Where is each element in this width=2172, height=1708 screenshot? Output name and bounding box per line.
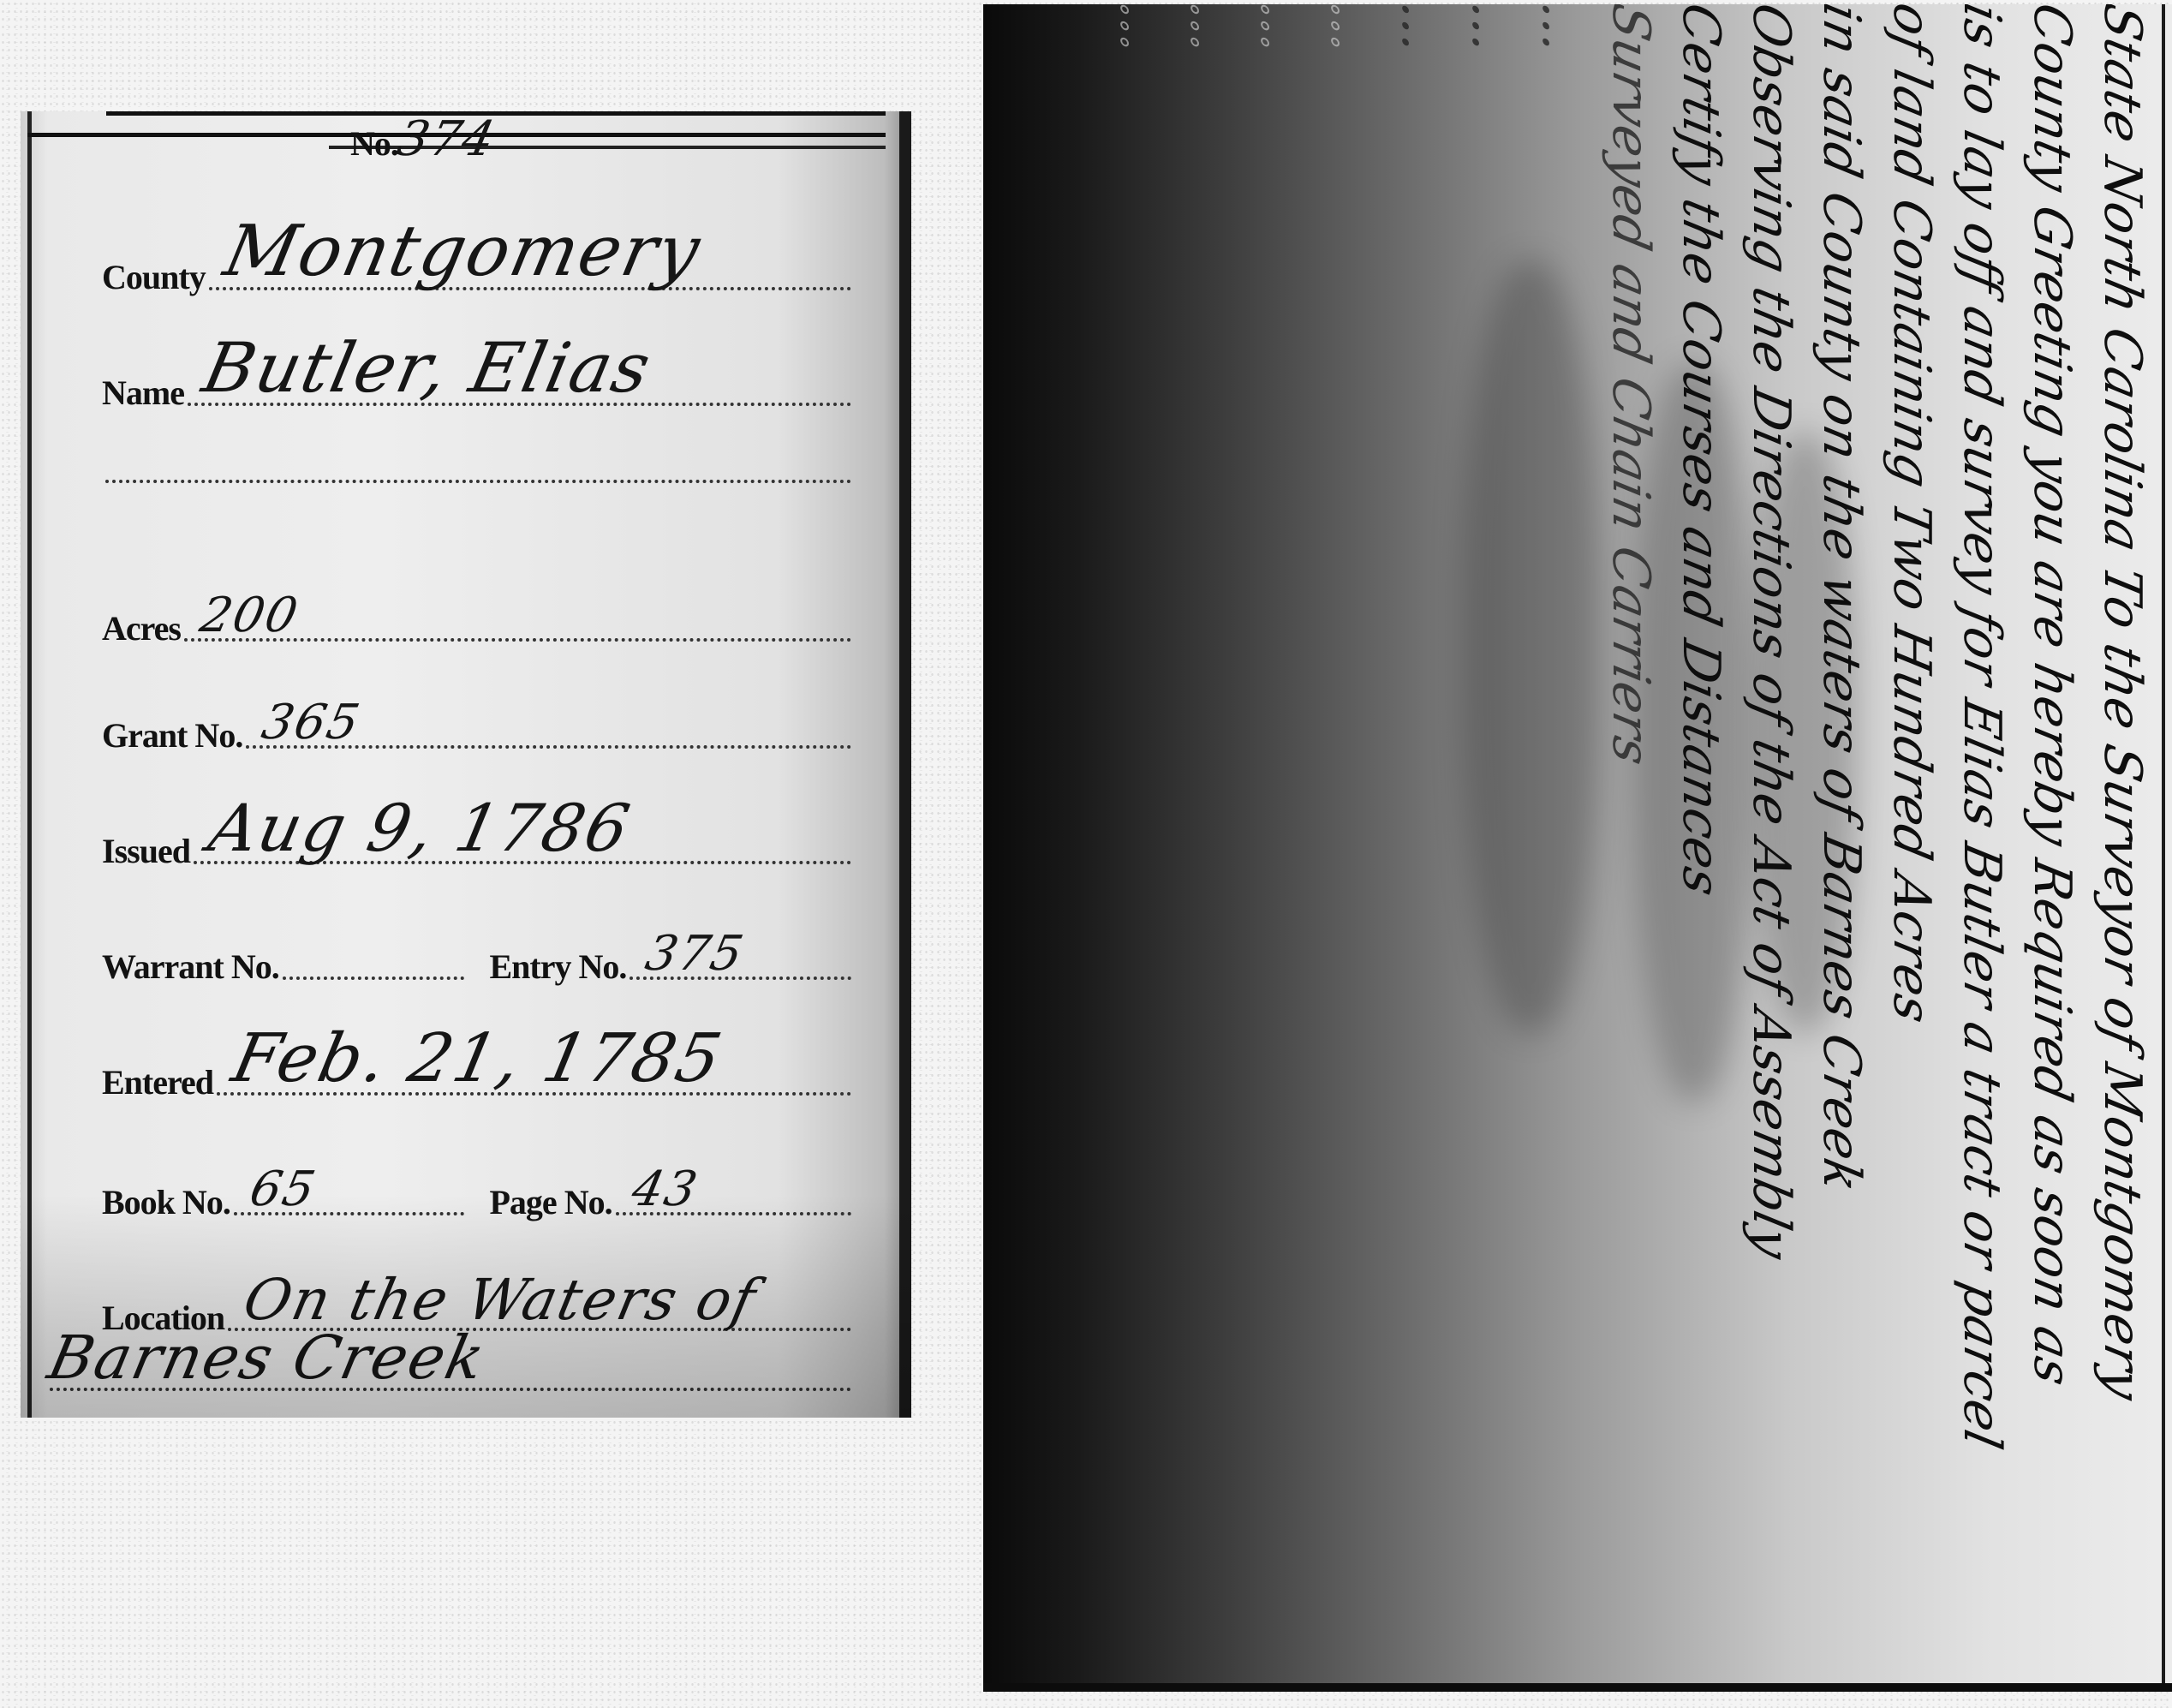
entry-no-label: Entry No. bbox=[490, 947, 627, 987]
warrant-no-label: Warrant No. bbox=[102, 947, 279, 987]
field-name-continued bbox=[102, 480, 851, 490]
name-label: Name bbox=[102, 373, 184, 413]
grant-no-label: Grant No. bbox=[102, 715, 242, 755]
field-acres: Acres 200 bbox=[102, 608, 851, 648]
deed-line: Observing the Directions of the Act of A… bbox=[1739, 4, 1804, 1690]
field-book-page: Book No. 65 Page No. 43 bbox=[102, 1182, 851, 1222]
handwritten-deed: State North Carolina To the Surveyor of … bbox=[983, 4, 2172, 1692]
deed-line: Surveyed and Chain Carriers bbox=[1598, 4, 1663, 1690]
issued-label: Issued bbox=[102, 831, 190, 871]
entry-no-value: 375 bbox=[641, 926, 749, 982]
field-warrant-entry: Warrant No. Entry No. 375 bbox=[102, 947, 851, 987]
location-label: Location bbox=[102, 1298, 224, 1338]
deed-line: ... bbox=[1107, 4, 1172, 1690]
county-value: Montgomery bbox=[218, 211, 708, 292]
deed-line: of land Containing Two Hundred Acres bbox=[1879, 4, 1944, 1690]
field-county: County Montgomery bbox=[102, 257, 851, 297]
deed-line: ... bbox=[1387, 4, 1453, 1690]
field-name: Name Butler, Elias bbox=[102, 373, 851, 413]
deed-line: ... bbox=[1247, 4, 1312, 1690]
field-entered: Entered Feb. 21, 1785 bbox=[102, 1062, 851, 1102]
card-number-value: 374 bbox=[392, 111, 501, 167]
card-left-edge bbox=[27, 111, 32, 1418]
blank-line bbox=[105, 480, 851, 483]
land-grant-index-card: No. 374 County Montgomery Name Butler, E… bbox=[21, 111, 911, 1418]
field-page-no: Page No. 43 bbox=[490, 1182, 852, 1222]
card-number: No. 374 bbox=[350, 111, 495, 167]
deed-line: is to lay off and survey for Elias Butle… bbox=[1949, 4, 2014, 1690]
location-value-line2: Barnes Creek bbox=[42, 1323, 492, 1393]
card-right-edge bbox=[899, 111, 911, 1418]
deed-right-border bbox=[2162, 4, 2165, 1692]
book-no-label: Book No. bbox=[102, 1182, 230, 1222]
field-book-no: Book No. 65 bbox=[102, 1182, 464, 1222]
deed-line: in said County on the waters of Barnes C… bbox=[1809, 4, 1874, 1690]
book-no-value: 65 bbox=[245, 1162, 321, 1217]
deed-line: ... bbox=[1177, 4, 1242, 1690]
deed-line: ... bbox=[1528, 4, 1593, 1690]
grant-no-value: 365 bbox=[257, 695, 366, 750]
deed-line: County Greeting you are hereby Required … bbox=[2020, 4, 2085, 1690]
field-location: Location On the Waters of bbox=[102, 1298, 851, 1338]
field-grant-no: Grant No. 365 bbox=[102, 715, 851, 755]
deed-line: ... bbox=[1458, 4, 1523, 1690]
entered-label: Entered bbox=[102, 1062, 213, 1102]
field-location-continued: Barnes Creek bbox=[46, 1388, 851, 1398]
entered-value: Feb. 21, 1785 bbox=[225, 1020, 729, 1097]
field-entry-no: Entry No. 375 bbox=[490, 947, 852, 987]
card-number-label: No. bbox=[350, 123, 398, 164]
acres-label: Acres bbox=[102, 608, 181, 648]
deed-text-lines: State North Carolina To the Surveyor of … bbox=[1107, 4, 2155, 1683]
county-label: County bbox=[102, 257, 206, 297]
field-warrant-no: Warrant No. bbox=[102, 947, 464, 987]
location-value: On the Waters of bbox=[238, 1267, 763, 1333]
deed-line: ... bbox=[1317, 4, 1382, 1690]
page-no-label: Page No. bbox=[490, 1182, 612, 1222]
deed-bottom-border bbox=[983, 1683, 2172, 1692]
acres-value: 200 bbox=[195, 588, 304, 643]
name-value: Butler, Elias bbox=[196, 328, 659, 408]
deed-line: Certify the Courses and Distances bbox=[1668, 4, 1733, 1690]
field-issued: Issued Aug 9, 1786 bbox=[102, 831, 851, 871]
page-no-value: 43 bbox=[627, 1162, 703, 1217]
deed-line: State North Carolina To the Surveyor of … bbox=[2090, 4, 2155, 1690]
issued-value: Aug 9, 1786 bbox=[202, 790, 637, 866]
